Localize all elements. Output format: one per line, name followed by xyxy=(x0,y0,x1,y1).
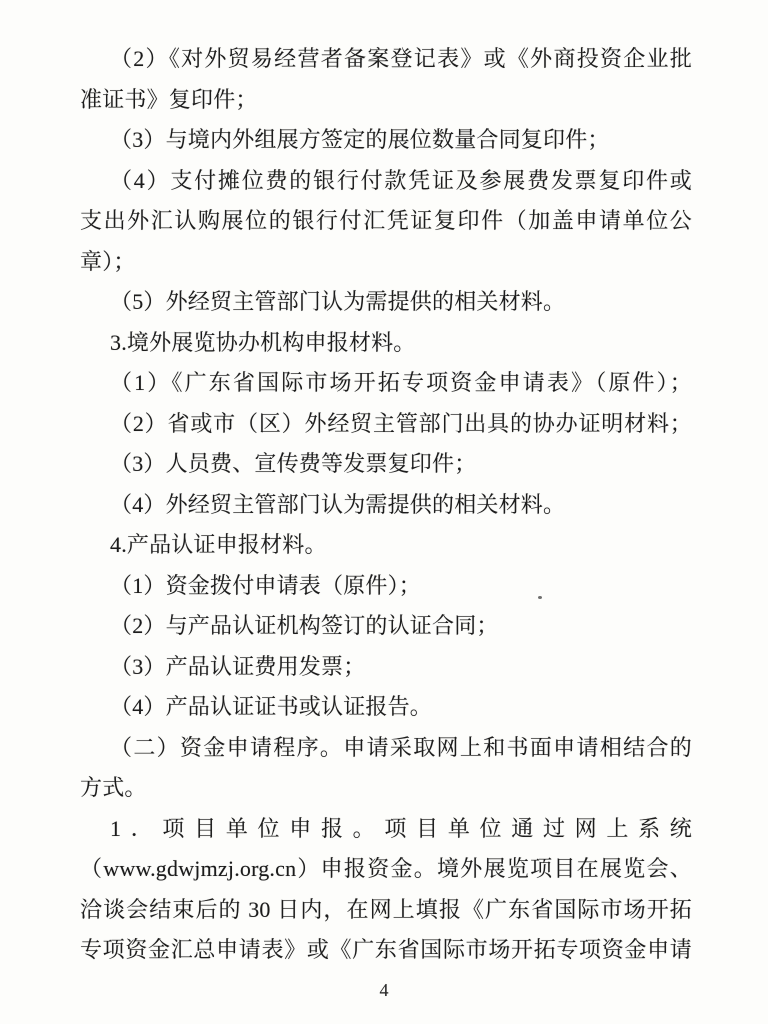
doc-line-01: （2）《对外贸易经营者备案登记表》或《外商投资企业批 xyxy=(80,39,692,80)
doc-line-22: 洽谈会结束后的 30 日内，在网上填报《广东省国际市场开拓 xyxy=(80,890,692,931)
doc-line-17: （4）产品认证证书或认证报告。 xyxy=(80,687,692,728)
doc-line-12: （4）外经贸主管部门认为需提供的相关材料。 xyxy=(80,485,692,526)
doc-line-07: （5）外经贸主管部门认为需提供的相关材料。 xyxy=(80,282,692,323)
document-body: （2）《对外贸易经营者备案登记表》或《外商投资企业批 准证书》复印件； （3）与… xyxy=(80,39,692,971)
doc-line-10: （2）省或市（区）外经贸主管部门出具的协办证明材料； xyxy=(80,404,692,445)
doc-line-03: （3）与境内外组展方签定的展位数量合同复印件； xyxy=(80,120,692,161)
doc-line-19: 方式。 xyxy=(80,768,692,809)
doc-line-11: （3）人员费、宣传费等发票复印件； xyxy=(80,444,692,485)
doc-line-20: 1．项目单位申报。项目单位通过网上系统 xyxy=(80,809,692,850)
doc-line-06: 章）； xyxy=(80,242,692,283)
doc-line-21: （www.gdwjmzj.org.cn）申报资金。境外展览项目在展览会、 xyxy=(80,849,692,890)
doc-line-23: 专项资金汇总申请表》或《广东省国际市场开拓专项资金申请 xyxy=(80,930,692,971)
doc-line-05: 支出外汇认购展位的银行付汇凭证复印件（加盖申请单位公 xyxy=(80,201,692,242)
doc-line-02: 准证书》复印件； xyxy=(80,80,692,121)
doc-line-18: （二）资金申请程序。申请采取网上和书面申请相结合的 xyxy=(80,728,692,769)
doc-line-13: 4.产品认证申报材料。 xyxy=(80,525,692,566)
doc-line-15: （2）与产品认证机构签订的认证合同； xyxy=(80,606,692,647)
page-number: 4 xyxy=(0,980,768,1001)
doc-line-04: （4）支付摊位费的银行付款凭证及参展费发票复印件或 xyxy=(80,161,692,202)
doc-line-09: （1）《广东省国际市场开拓专项资金申请表》（原件）； xyxy=(80,363,692,404)
document-page: （2）《对外贸易经营者备案登记表》或《外商投资企业批 准证书》复印件； （3）与… xyxy=(0,0,768,1024)
doc-line-14: （1）资金拨付申请表（原件）； xyxy=(80,566,692,607)
doc-line-08: 3.境外展览协办机构申报材料。 xyxy=(80,323,692,364)
scan-speck xyxy=(538,596,542,599)
doc-line-16: （3）产品认证费用发票； xyxy=(80,647,692,688)
